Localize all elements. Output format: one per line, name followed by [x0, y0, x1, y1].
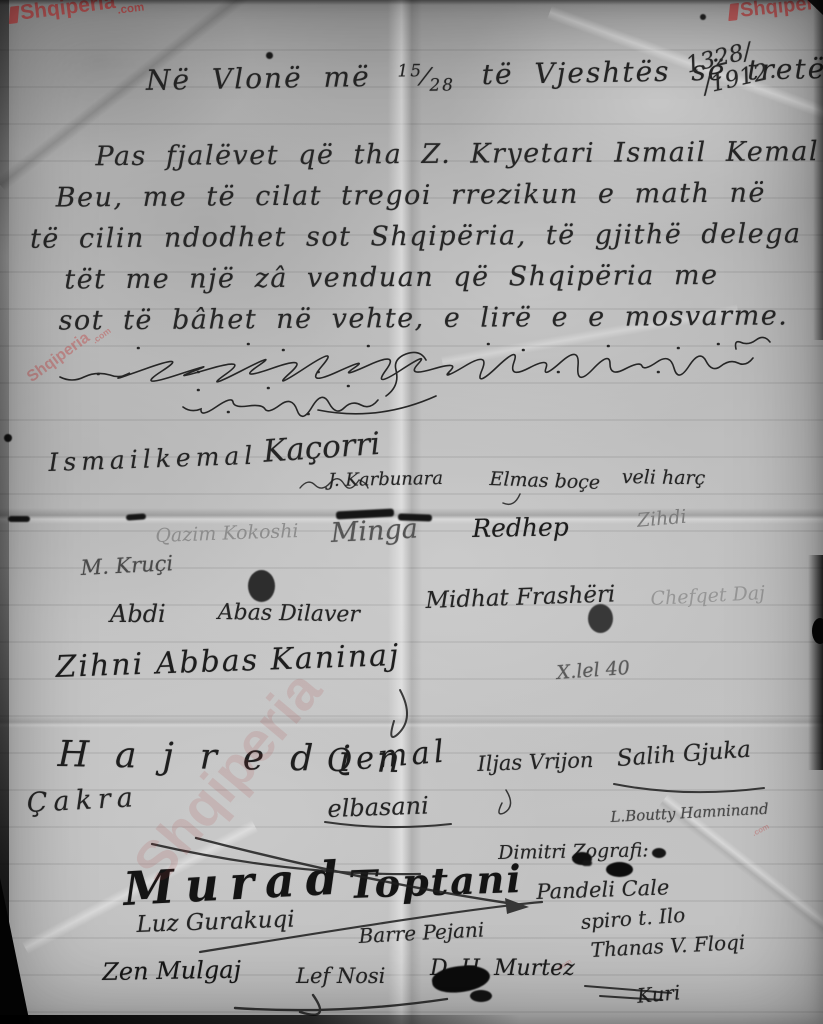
photo-vignette [0, 0, 823, 1024]
photo-edge-top [0, 0, 823, 5]
photo-edge-spot [812, 618, 823, 644]
photo-edge-bottom [0, 1015, 520, 1024]
document-photo: Në Vlonë më 15⁄28 të Vjeshtës së tretë 1… [0, 0, 823, 1024]
photo-edge-left [0, 0, 9, 1024]
photo-edge-right [813, 0, 823, 340]
photo-edge-right [808, 555, 823, 770]
